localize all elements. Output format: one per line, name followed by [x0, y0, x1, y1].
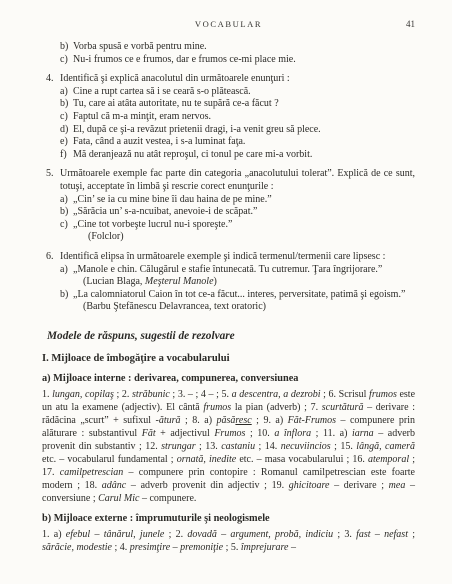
- quote-text: „Manole e chin. Călugărul e stafie întun…: [73, 264, 415, 277]
- subsection-a-title: a) Mijloace interne : derivarea, compune…: [42, 373, 415, 386]
- list-item: c) Faptul că m-a minţit, eram nervos.: [60, 111, 415, 124]
- item-label: c): [60, 219, 73, 232]
- item-body: „La calomniatorul Caion în tot ce-a făcu…: [73, 289, 415, 314]
- answers-section: Modele de răspuns, sugestii de rezolvare…: [42, 330, 415, 555]
- list-item: a) „Manole e chin. Călugărul e stafie în…: [60, 264, 415, 289]
- item-text: Tu, care ai atâta autoritate, nu te supă…: [73, 98, 415, 111]
- list-item: b) „La calomniatorul Caion în tot ce-a f…: [60, 289, 415, 314]
- item-label: e): [60, 136, 73, 149]
- list-item: c) „Cine tot vorbeşte lucrul nu-i sporeş…: [60, 219, 415, 232]
- list-item: b) Tu, care ai atâta autoritate, nu te s…: [60, 98, 415, 111]
- section-1-title: I. Mijloace de îmbogăţire a vocabularulu…: [42, 353, 415, 366]
- item-text: Vorba spusă e vorbă pentru mine.: [73, 41, 415, 54]
- exercise-body: Identifică elipsa în următoarele exemple…: [60, 251, 415, 314]
- item-text: Mă deranjează nu atât reproşul, ci tonul…: [73, 149, 415, 162]
- source-attribution: (Folclor): [60, 231, 415, 244]
- item-label: b): [60, 289, 73, 314]
- item-label: d): [60, 124, 73, 137]
- source-attribution: (Lucian Blaga, Meşterul Manole): [73, 276, 415, 289]
- list-item: b) „Sărăcia un’ s-a-ncuibat, anevoie-i d…: [60, 206, 415, 219]
- answers-paragraph-a: 1. lungan, copilaş ; 2. străbunic ; 3. –…: [42, 389, 415, 505]
- exercise-body: Următoarele exemple fac parte din catego…: [60, 168, 415, 244]
- list-item: b) Vorba spusă e vorbă pentru mine.: [60, 41, 415, 54]
- item-text: „Sărăcia un’ s-a-ncuibat, anevoie-i de s…: [73, 206, 415, 219]
- answers-heading: Modele de răspuns, sugestii de rezolvare: [47, 330, 415, 343]
- exercise-5: 5. Următoarele exemple fac parte din cat…: [42, 168, 415, 244]
- item-body: „Manole e chin. Călugărul e stafie întun…: [73, 264, 415, 289]
- running-title: VOCABULAR: [42, 19, 415, 29]
- exercise-3-items: b) Vorba spusă e vorbă pentru mine. c) N…: [60, 41, 415, 66]
- exercise-number: 4.: [42, 73, 60, 161]
- page-number: 41: [406, 19, 415, 29]
- item-text: Nu-i frumos ce e frumos, dar e frumos ce…: [73, 54, 415, 67]
- exercise-prompt: Următoarele exemple fac parte din catego…: [60, 168, 415, 193]
- exercise-body: Identifică şi explică anacolutul din urm…: [60, 73, 415, 161]
- item-label: b): [60, 41, 73, 54]
- list-item: d) El, după ce şi-a revăzut prietenii dr…: [60, 124, 415, 137]
- scanned-page: VOCABULAR 41 b) Vorba spusă e vorbă pent…: [0, 0, 452, 584]
- item-text: Faptul că m-a minţit, eram nervos.: [73, 111, 415, 124]
- item-label: a): [60, 86, 73, 99]
- answers-paragraph-b: 1. a) efebul – tânărul, junele ; 2. dova…: [42, 529, 415, 555]
- exercise-prompt: Identifică elipsa în următoarele exemple…: [60, 251, 415, 264]
- source-attribution: (Barbu Ştefănescu Delavrancea, text orat…: [73, 301, 415, 314]
- list-item: a) Cine a rupt cartea să i se ceară s-o …: [60, 86, 415, 99]
- item-text: „Cin’ se ia cu mine bine îi dau haina de…: [73, 194, 415, 207]
- item-text: Cine a rupt cartea să i se ceară s-o plă…: [73, 86, 415, 99]
- exercise-prompt: Identifică şi explică anacolutul din urm…: [60, 73, 415, 86]
- subsection-b-title: b) Mijloace externe : împrumuturile şi n…: [42, 513, 415, 526]
- item-text: Fata, când a auzit vestea, i s-a luminat…: [73, 136, 415, 149]
- item-label: a): [60, 264, 73, 289]
- item-label: c): [60, 111, 73, 124]
- exercise-number: 5.: [42, 168, 60, 244]
- item-label: c): [60, 54, 73, 67]
- item-label: a): [60, 194, 73, 207]
- item-text: „Cine tot vorbeşte lucrul nu-i sporeşte.…: [73, 219, 415, 232]
- exercise-4: 4. Identifică şi explică anacolutul din …: [42, 73, 415, 161]
- quote-text: „La calomniatorul Caion în tot ce-a făcu…: [73, 289, 415, 302]
- exercise-number: 6.: [42, 251, 60, 314]
- page-header: VOCABULAR 41: [42, 19, 415, 31]
- item-label: b): [60, 206, 73, 219]
- item-text: El, după ce şi-a revăzut prietenii dragi…: [73, 124, 415, 137]
- list-item: e) Fata, când a auzit vestea, i s-a lumi…: [60, 136, 415, 149]
- item-label: f): [60, 149, 73, 162]
- list-item: f) Mă deranjează nu atât reproşul, ci to…: [60, 149, 415, 162]
- list-item: a) „Cin’ se ia cu mine bine îi dau haina…: [60, 194, 415, 207]
- list-item: c) Nu-i frumos ce e frumos, dar e frumos…: [60, 54, 415, 67]
- item-label: b): [60, 98, 73, 111]
- page-content: b) Vorba spusă e vorbă pentru mine. c) N…: [42, 41, 415, 555]
- exercise-6: 6. Identifică elipsa în următoarele exem…: [42, 251, 415, 314]
